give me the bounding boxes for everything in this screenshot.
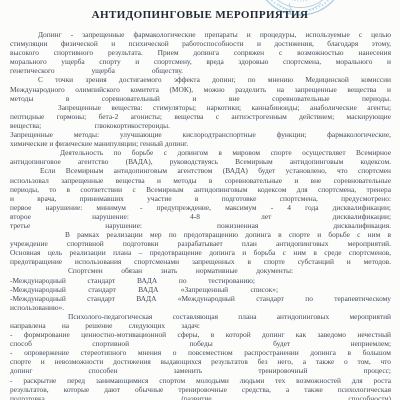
text-line: Спортсмен обязан знать нормативные докум… (10, 266, 293, 275)
text-line: -Международный стандарт ВАДА «Международ… (10, 294, 391, 303)
text-line: подготовка (развитие способности) (10, 394, 391, 400)
text-line: Если Всемирным антидопинговым агентством… (10, 166, 391, 175)
text-line: химические и физические манипуляции; ген… (10, 139, 391, 148)
text-line: Психолого-педагогическая составляющая пл… (10, 312, 391, 321)
text-line: Деятельность по борьбе с допингом в миро… (10, 148, 391, 157)
text-line: В рамках реализации мер по предотвращени… (10, 230, 391, 239)
text-line: использованию». (10, 303, 391, 312)
text-line: методы в соревновательный и вне соревнов… (10, 94, 391, 103)
text-line: Запрещенные вещества: стимуляторы; нарко… (10, 103, 391, 112)
text-line: использовал запрещенные вещества и метод… (10, 176, 391, 185)
text-line: допинг способен заменить тренировочный п… (10, 366, 391, 375)
text-line: третье нарушение: пожизненная дисквалифи… (10, 221, 391, 230)
text-line: второе нарушение: 4-8 лет дисквалификаци… (10, 212, 391, 221)
text-line: Допинг - запрещенные фармакологические п… (10, 30, 391, 39)
document-title: АНТИДОПИНГОВЫЕ МЕРОПРИЯТИЯ (0, 9, 400, 21)
text-line: первое нарушение: минимум - предупрежден… (10, 203, 391, 212)
text-line: высокого спортивного результата. Прием д… (10, 48, 391, 57)
document-body: Допинг - запрещенные фармакологические п… (10, 30, 391, 400)
text-line: - раскрытие перед занимающимися спортом … (10, 376, 391, 385)
text-line: -Международный стандарт ВАДА «Запрещенны… (10, 285, 278, 294)
text-line: морального ущерба спорту и спортсмену, в… (10, 57, 391, 66)
scanned-document-page: АНТИДОПИНГОВЫЕ МЕРОПРИЯТИЯ Допинг - запр… (0, 0, 400, 400)
text-line: и врача, принимавших участие в подготовк… (10, 194, 391, 203)
text-line: генетического ущерба обществу. (10, 66, 183, 75)
text-line: -Международный стандарт ВАДА по тестиров… (10, 276, 255, 285)
text-line: Запрещенные методы: улучшающие кислородт… (10, 130, 391, 139)
text-line: результатов, которые дают обычные тренир… (10, 385, 391, 394)
text-line: вещества; глюкокортикостероиды. (10, 121, 170, 130)
text-line: предотвращение использования спортсменам… (10, 257, 391, 266)
text-line: направлена на решение следующих задач: (10, 321, 200, 330)
text-line: - опровержение стереотипного мнения о по… (10, 348, 391, 357)
text-line: стимуляции физической и психической рабо… (10, 39, 391, 48)
text-line: Основная цель реализации плана – предотв… (10, 248, 391, 257)
text-line: способ спортивной победы будет неприемле… (10, 339, 391, 348)
text-line: пептидные гормоны; бета-2 агонисты; веще… (10, 112, 391, 121)
text-line: - формирование ценностно-мотивационной с… (10, 330, 391, 339)
text-line: антидопинговое агентство (ВАДА), руковод… (10, 157, 391, 166)
text-line: С точки зрения достигаемого эффекта допи… (10, 75, 391, 84)
text-line: периоды, то в соответствии с Всемирным а… (10, 185, 391, 194)
text-line: Международного олимпийского комитета (МО… (10, 85, 391, 94)
text-line: спорте и невозможности достижения выдающ… (10, 357, 391, 366)
text-line: учреждение спортивной подготовки разраба… (10, 239, 391, 248)
